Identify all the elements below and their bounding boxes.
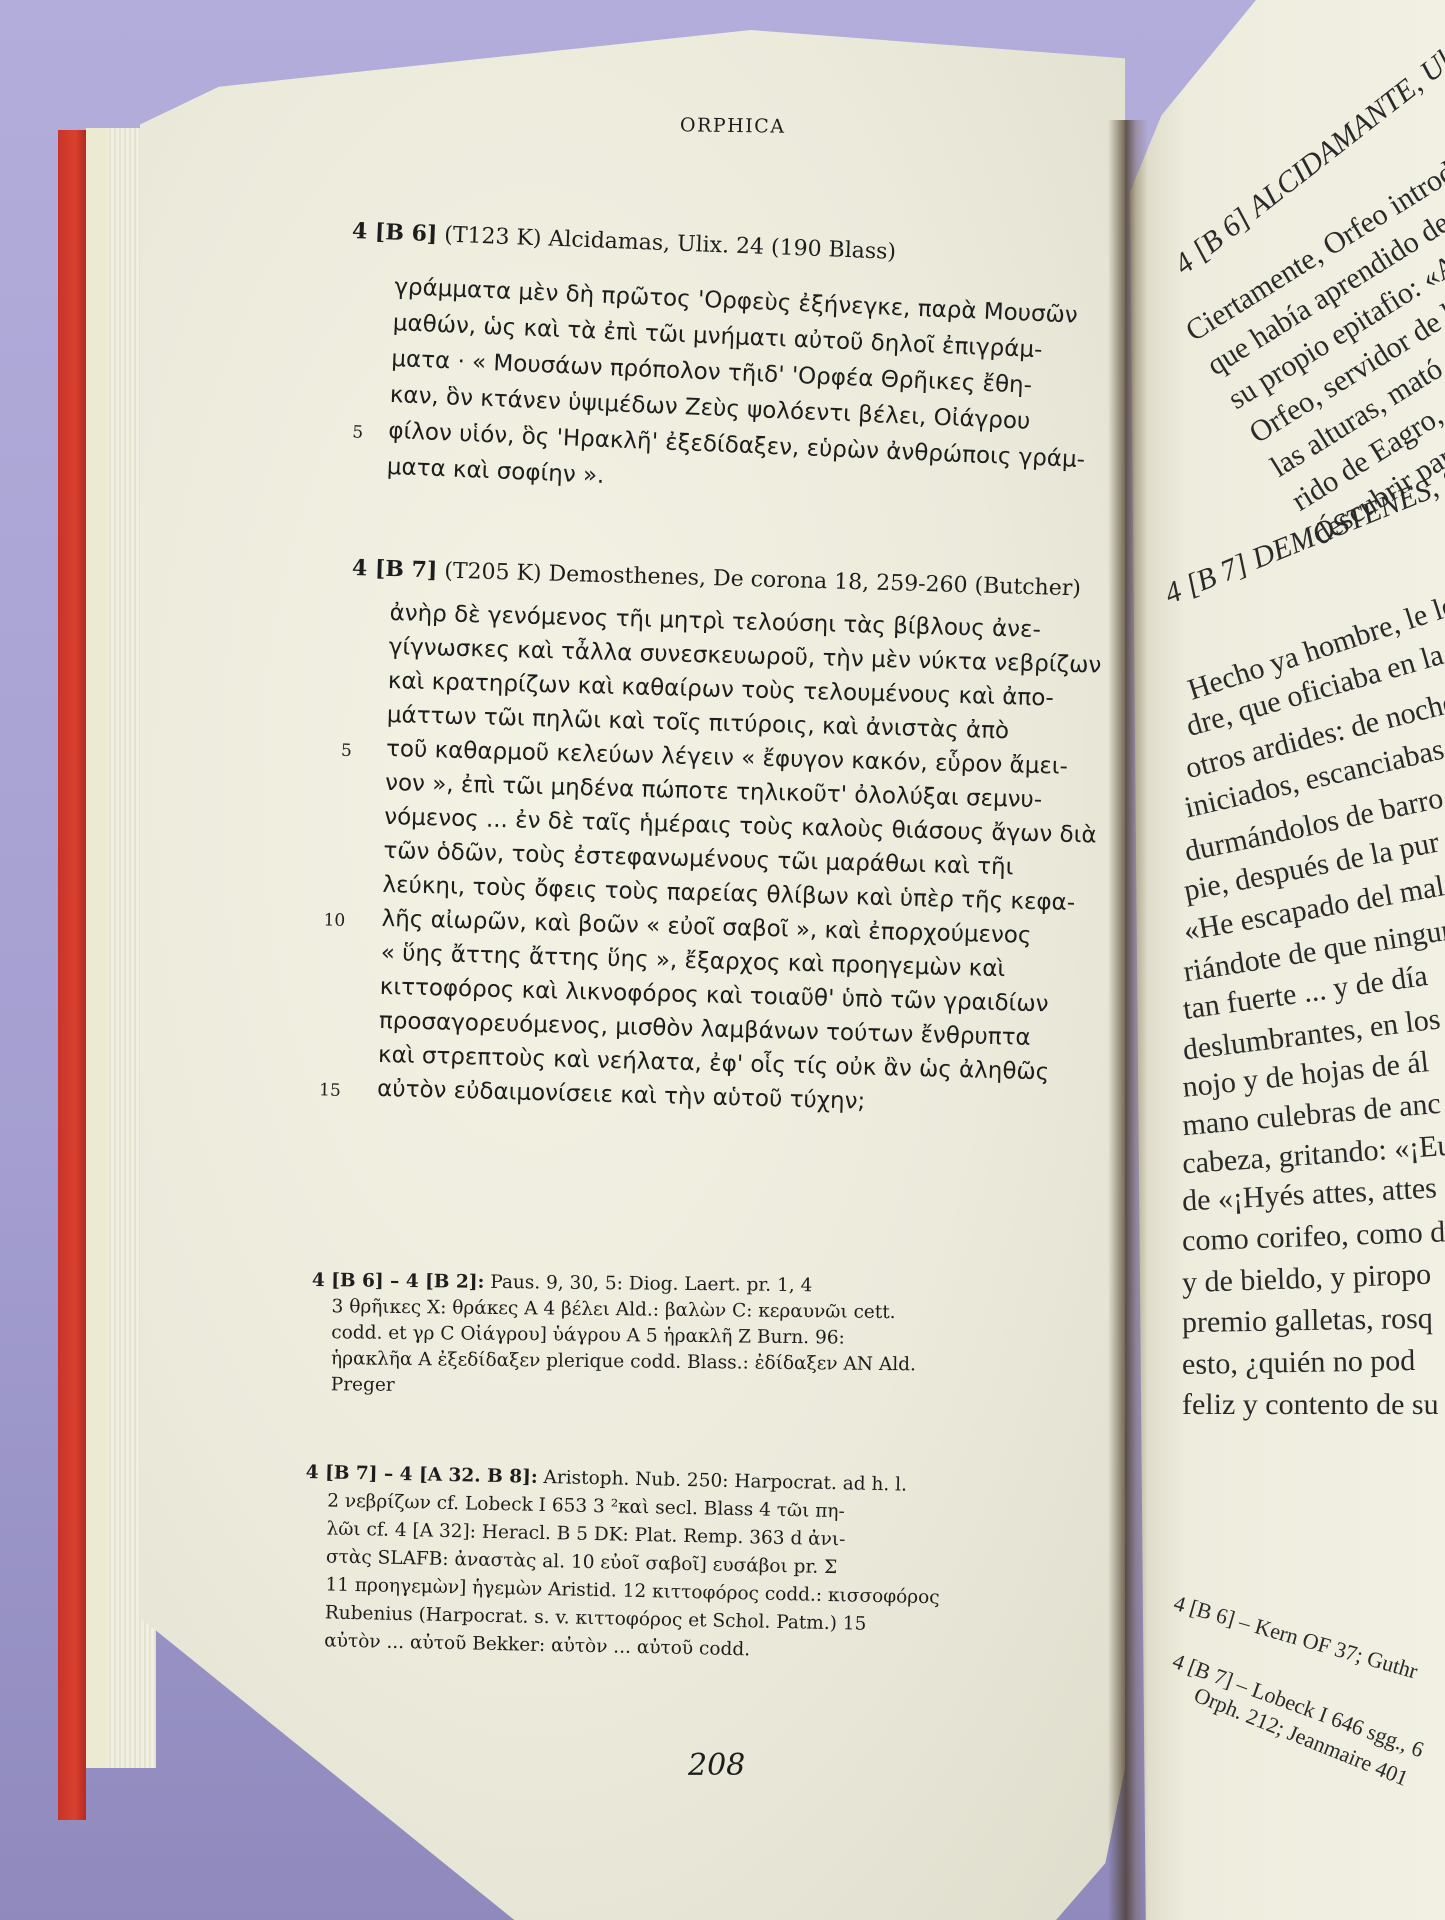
entry-id: 4 [B 7] [352, 555, 438, 583]
translation-line: premio galletas, rosq [1182, 1302, 1433, 1340]
page-number: 208 [688, 1748, 745, 1783]
book-gutter [1108, 120, 1148, 1920]
book-red-cover-edge [58, 130, 86, 1820]
line-number: 10 [323, 910, 345, 931]
apparatus-ref: 4 [B 6] – 4 [B 2]: [312, 1270, 485, 1293]
line-number: 15 [319, 1080, 341, 1101]
apparatus-line: Preger [331, 1374, 395, 1396]
apparatus-text: Paus. 9, 30, 5: Diog. Laert. pr. 1, 4 [490, 1272, 812, 1296]
entry-id: 4 [B 6] [352, 218, 438, 247]
translation-line: feliz y contento de su [1182, 1388, 1439, 1422]
page-stack-inner [86, 128, 108, 1768]
running-head: ORPHICA [680, 114, 786, 137]
translation-line: esto, ¿quién no pod [1182, 1344, 1416, 1382]
line-number: 5 [341, 741, 352, 761]
line-number: 5 [352, 422, 364, 442]
